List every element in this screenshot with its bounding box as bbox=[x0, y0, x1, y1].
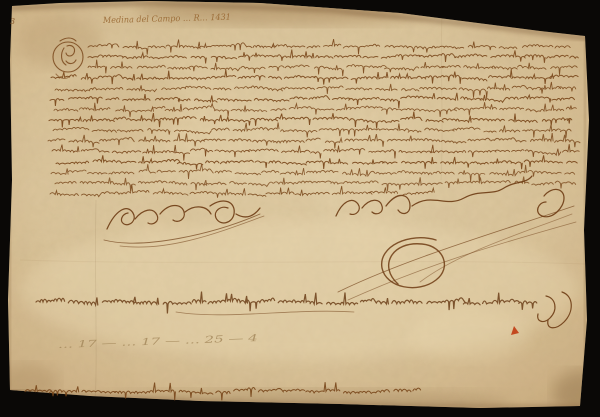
photo-stage: 3 Medina del Campo … R… 1431 bbox=[0, 0, 600, 417]
manuscript-photo: 3 Medina del Campo … R… 1431 bbox=[0, 0, 600, 417]
parchment-sheet bbox=[0, 0, 600, 417]
margin-mark: 3 bbox=[10, 17, 15, 26]
